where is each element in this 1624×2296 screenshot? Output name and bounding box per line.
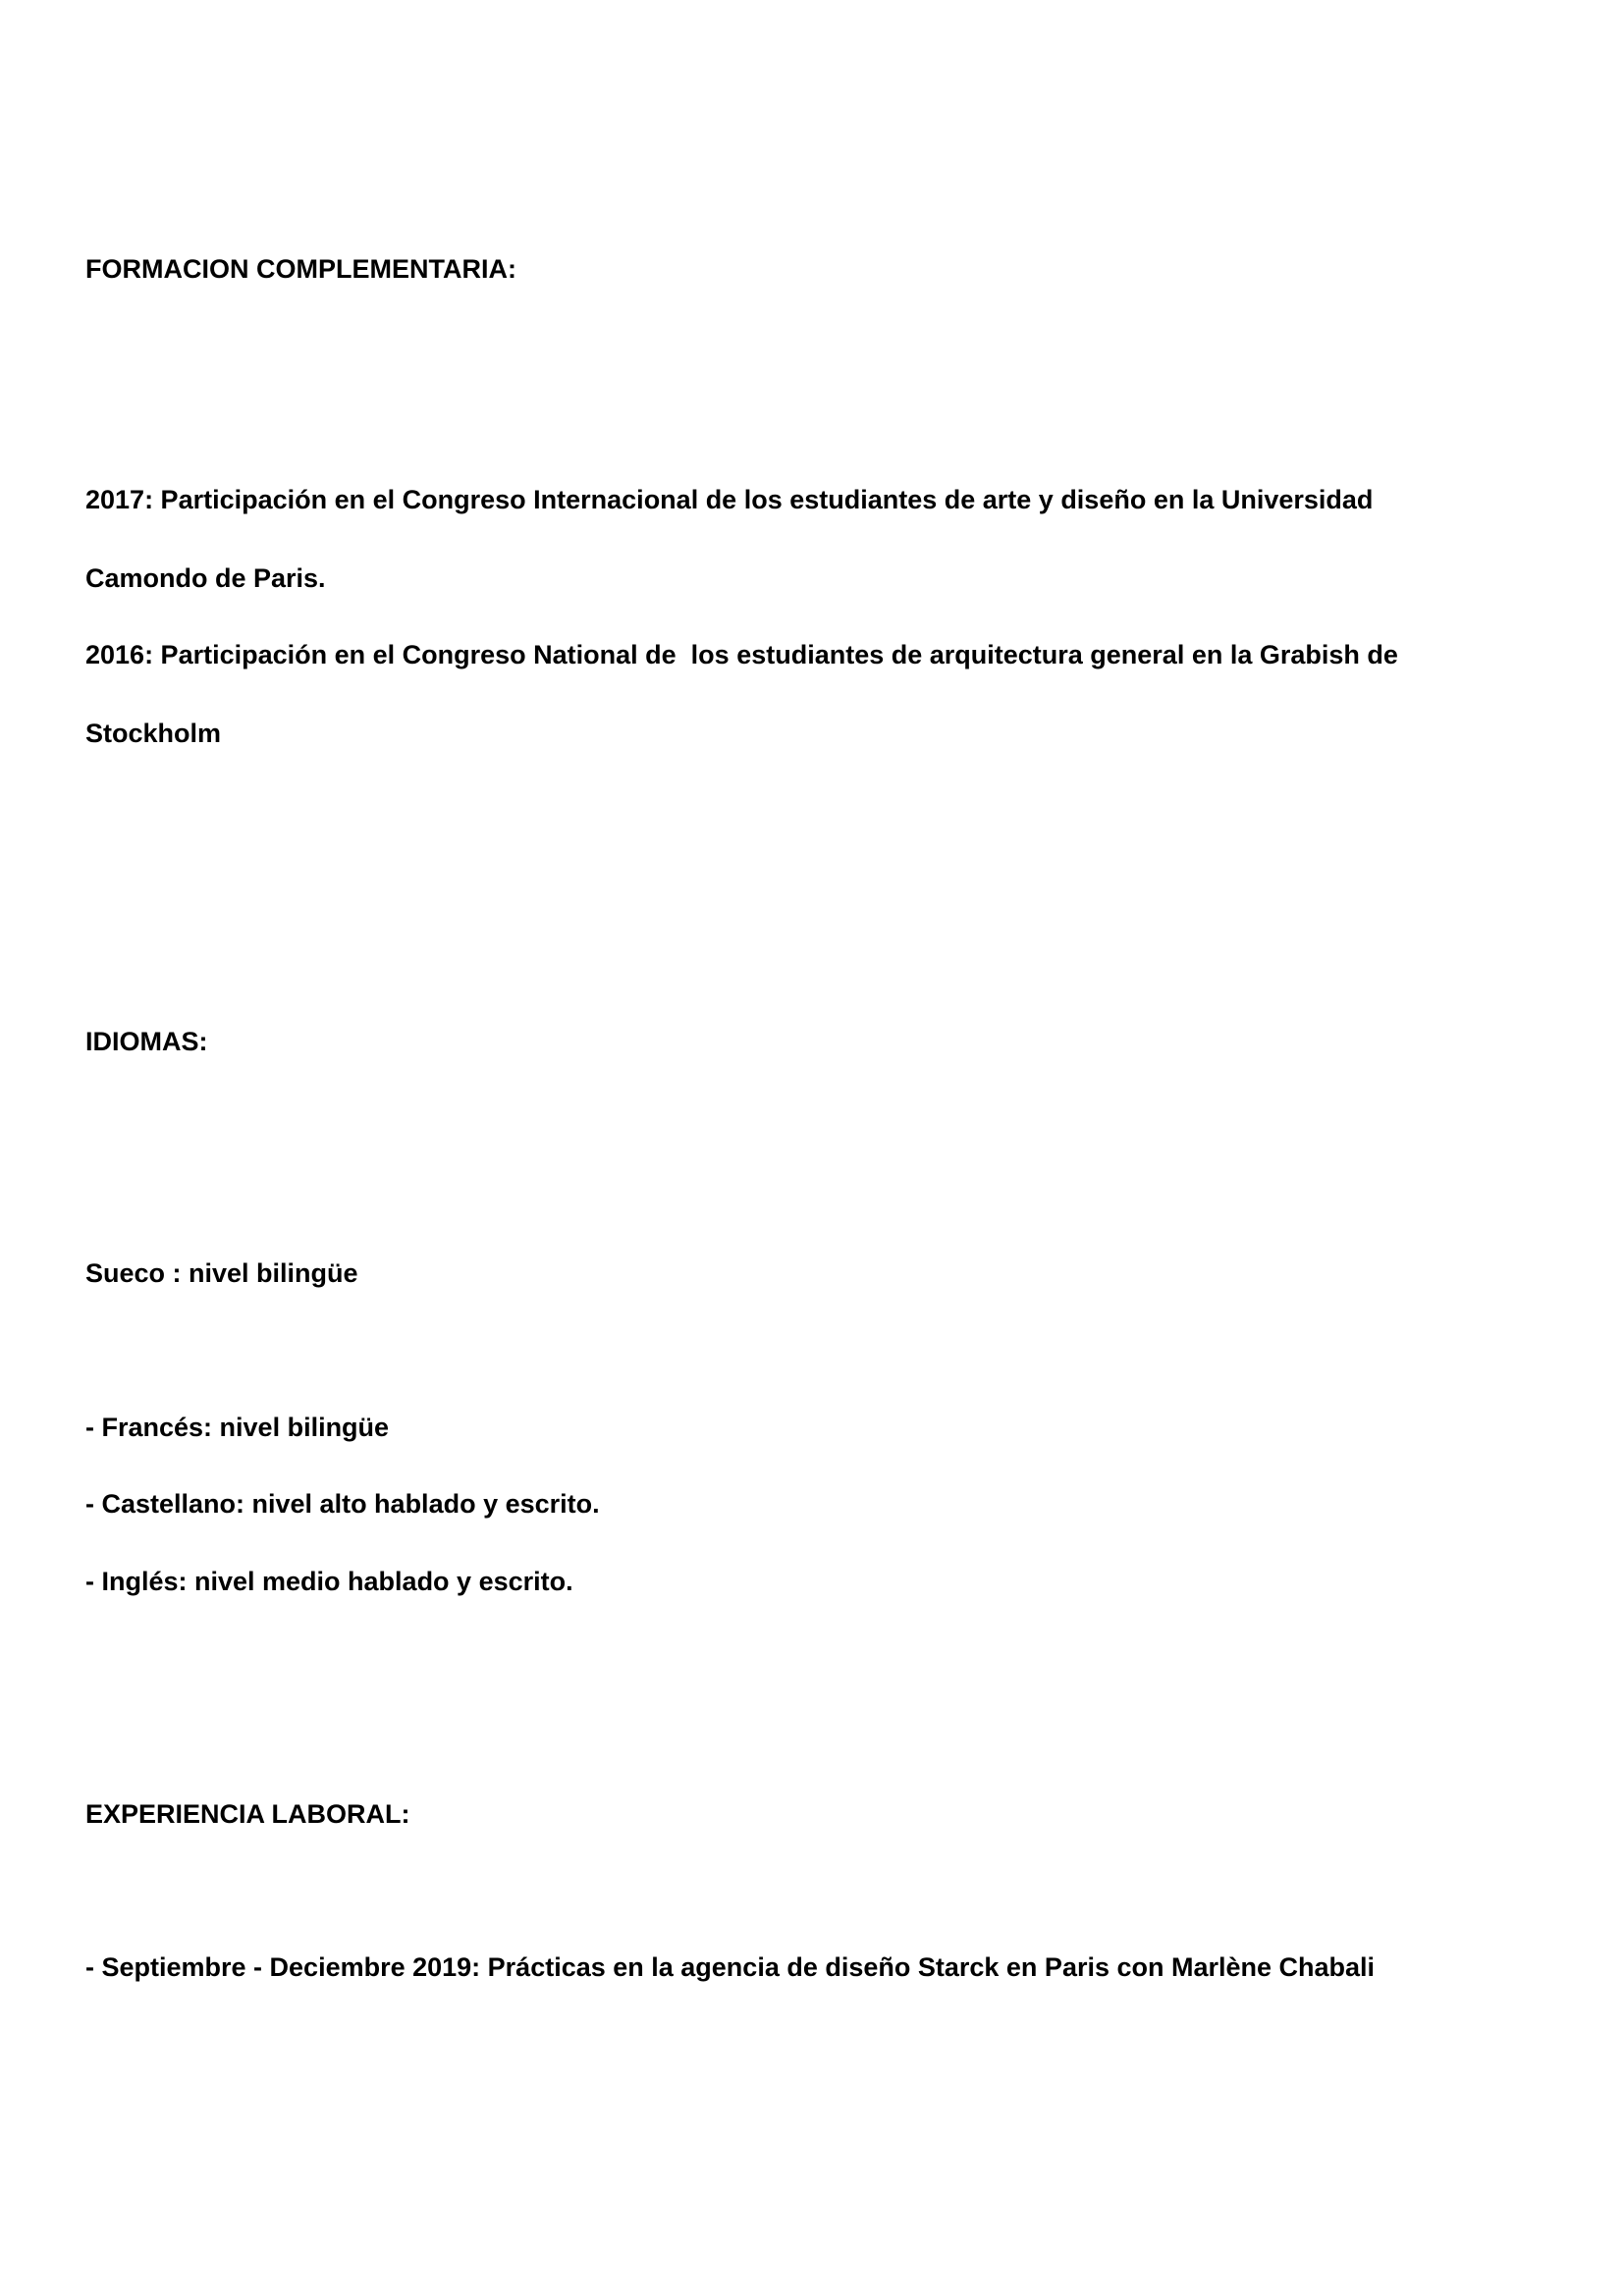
language-item-frances: - Francés: nivel bilingüe <box>85 1415 389 1441</box>
formacion-entry-2016-continued: Stockholm <box>85 721 221 747</box>
section-heading-idiomas: IDIOMAS: <box>85 1029 208 1055</box>
section-heading-experiencia: EXPERIENCIA LABORAL: <box>85 1801 410 1828</box>
formacion-entry-2017-continued: Camondo de Paris. <box>85 565 326 592</box>
experience-item-starck: - Septiembre - Deciembre 2019: Prácticas… <box>85 1954 1375 1981</box>
section-heading-formacion: FORMACION COMPLEMENTARIA: <box>85 256 516 283</box>
formacion-entry-2017: 2017: Participación en el Congreso Inter… <box>85 487 1373 513</box>
language-item-ingles: - Inglés: nivel medio hablado y escrito. <box>85 1569 573 1595</box>
formacion-entry-2016: 2016: Participación en el Congreso Natio… <box>85 642 1398 668</box>
document-page: FORMACION COMPLEMENTARIA: 2017: Particip… <box>0 0 1624 2296</box>
language-item-castellano: - Castellano: nivel alto hablado y escri… <box>85 1491 600 1518</box>
language-item-sueco: Sueco : nivel bilingüe <box>85 1260 358 1287</box>
